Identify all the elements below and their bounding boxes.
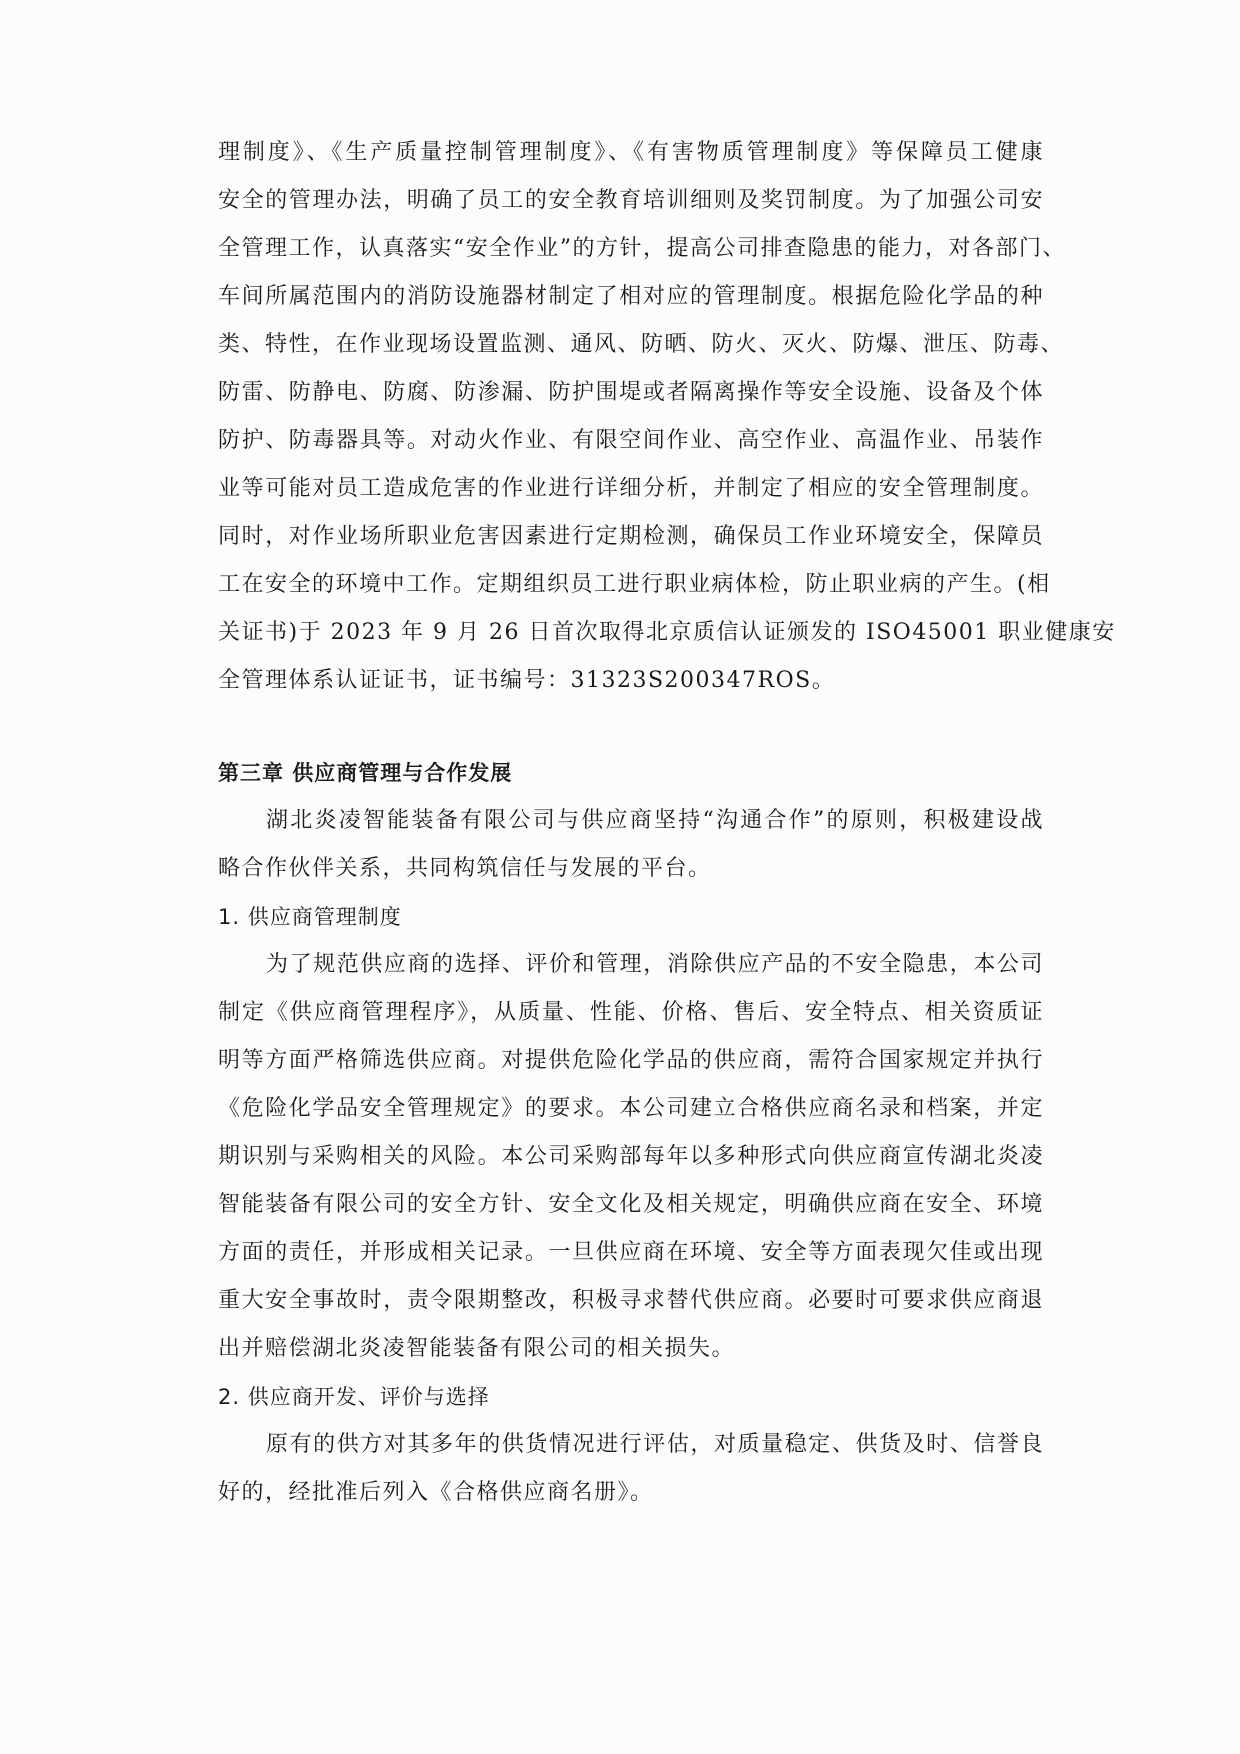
paragraph-line: 方面的责任，并形成相关记录。一旦供应商在环境、安全等方面表现欠佳或出现 [218,1238,1044,1268]
section-heading: 2. 供应商开发、评价与选择 [218,1382,490,1412]
chapter-heading: 第三章 供应商管理与合作发展 [218,758,512,788]
paragraph-line: 类、特性，在作业现场设置监测、通风、防晒、防火、灭火、防爆、泄压、防毒、 [218,330,1044,360]
paragraph-line: 全管理工作，认真落实“安全作业”的方针，提高公司排查隐患的能力，对各部门、 [218,234,1044,264]
paragraph-line: 《危险化学品安全管理规定》的要求。本公司建立合格供应商名录和档案，并定 [218,1094,1044,1124]
paragraph-line: 重大安全事故时，责令限期整改，积极寻求替代供应商。必要时可要求供应商退 [218,1286,1044,1316]
paragraph-line: 业等可能对员工造成危害的作业进行详细分析，并制定了相应的安全管理制度。 [218,474,1044,504]
paragraph-line: 制定《供应商管理程序》，从质量、性能、价格、售后、安全特点、相关资质证 [218,998,1044,1028]
paragraph-line: 湖北炎凌智能装备有限公司与供应商坚持“沟通合作”的原则，积极建设战 [266,806,1044,836]
paragraph-line: 明等方面严格筛选供应商。对提供危险化学品的供应商，需符合国家规定并执行 [218,1046,1044,1076]
paragraph-line: 车间所属范围内的消防设施器材制定了相对应的管理制度。根据危险化学品的种 [218,282,1044,312]
paragraph-line: 原有的供方对其多年的供货情况进行评估，对质量稳定、供货及时、信誉良 [266,1430,1044,1460]
paragraph-line: 理制度》、《生产质量控制管理制度》、《有害物质管理制度》等保障员工健康 [218,138,1044,168]
paragraph-line: 智能装备有限公司的安全方针、安全文化及相关规定，明确供应商在安全、环境 [218,1190,1044,1220]
paragraph-line: 好的，经批准后列入《合格供应商名册》。 [218,1478,654,1508]
paragraph-line: 工在安全的环境中工作。定期组织员工进行职业病体检，防止职业病的产生。(相 [218,570,1044,600]
paragraph-line: 防护、防毒器具等。对动火作业、有限空间作业、高空作业、高温作业、吊装作 [218,426,1044,456]
paragraph-line: 安全的管理办法，明确了员工的安全教育培训细则及奖罚制度。为了加强公司安 [218,186,1044,216]
paragraph-line: 为了规范供应商的选择、评价和管理，消除供应产品的不安全隐患，本公司 [266,950,1044,980]
paragraph-line: 全管理体系认证证书，证书编号：31323S200347ROS。 [218,666,835,696]
paragraph-line: 期识别与采购相关的风险。本公司采购部每年以多种形式向供应商宣传湖北炎凌 [218,1142,1044,1172]
section-heading: 1. 供应商管理制度 [218,902,402,932]
paragraph-line: 同时，对作业场所职业危害因素进行定期检测，确保员工作业环境安全，保障员 [218,522,1044,552]
paragraph-line: 关证书)于 2023 年 9 月 26 日首次取得北京质信认证颁发的 ISO45… [218,618,1044,648]
document-page: 理制度》、《生产质量控制管理制度》、《有害物质管理制度》等保障员工健康 安全的管… [0,0,1240,1754]
paragraph-line: 略合作伙伴关系，共同构筑信任与发展的平台。 [218,854,712,884]
paragraph-line: 出并赔偿湖北炎凌智能装备有限公司的相关损失。 [218,1334,735,1364]
paragraph-line: 防雷、防静电、防腐、防渗漏、防护围堤或者隔离操作等安全设施、设备及个体 [218,378,1044,408]
